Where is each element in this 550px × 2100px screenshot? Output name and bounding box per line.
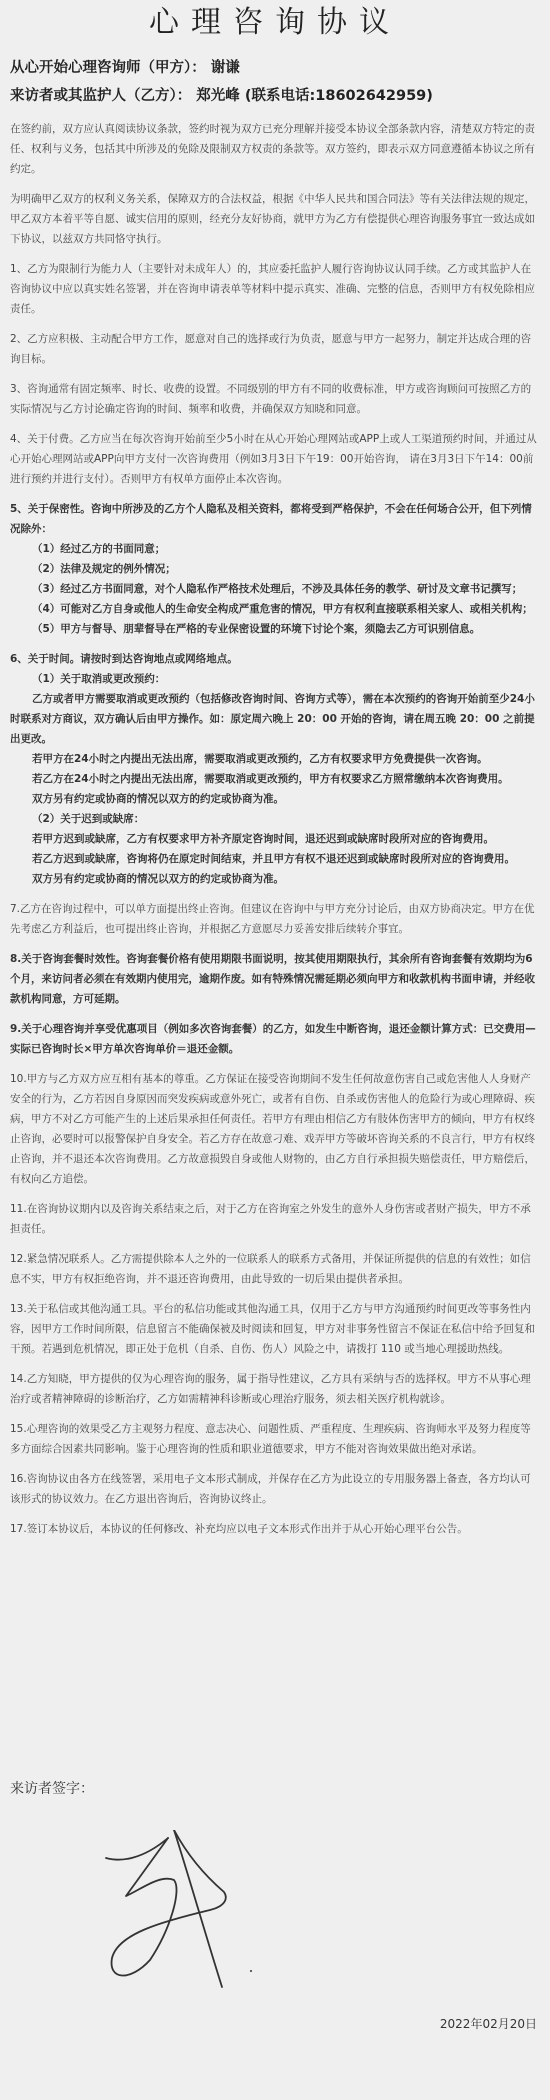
clause-11: 11.在咨询协议期内以及咨询关系结束之后，对于乙方在咨询室之外发生的意外人身伤害… bbox=[10, 1199, 540, 1239]
clause-6-sub2-title: （2）关于迟到或缺席： bbox=[10, 809, 540, 829]
clause-10: 10.甲方与乙方双方应互相有基本的尊重。乙方保证在接受咨询期间不发生任何故意伤害… bbox=[10, 1069, 540, 1189]
clause-1: 1、乙方为限制行为能力人（主要针对未成年人）的，其应委托监护人履行咨询协议认同手… bbox=[10, 259, 540, 319]
clause-17: 17.签订本协议后，本协议的任何修改、补充均应以电子文本形式作出并于从心开始心理… bbox=[10, 1519, 540, 1539]
clause-6: 6、关于时间。请按时到达咨询地点或网络地点。 （1）关于取消或更改预约： 乙方或… bbox=[10, 649, 540, 889]
clause-6-sub2-line: 若乙方迟到或缺席，咨询将仍在原定时间结束，并且甲方有权不退还迟到或缺席时段所对应… bbox=[10, 849, 540, 869]
intro-paragraph-2: 为明确甲乙双方的权利义务关系，保障双方的合法权益，根据《中华人民共和国合同法》等… bbox=[10, 189, 540, 249]
clause-5-item: （3）经过乙方书面同意，对个人隐私作严格技术处理后，不涉及具体任务的教学、研讨及… bbox=[10, 579, 540, 599]
clause-6-sub2-line: 若甲方迟到或缺席，乙方有权要求甲方补齐原定咨询时间，退还迟到或缺席时段所对应的咨… bbox=[10, 829, 540, 849]
clause-2: 2、乙方应积极、主动配合甲方工作，愿意对自己的选择或行为负责，愿意与甲方一起努力… bbox=[10, 329, 540, 369]
party-a-line: 从心开始心理咨询师（甲方）： 谢谦 bbox=[0, 58, 550, 78]
clause-5-item: （2）法律及规定的例外情况； bbox=[10, 559, 540, 579]
clause-6-heading: 6、关于时间。请按时到达咨询地点或网络地点。 bbox=[10, 649, 540, 669]
handwritten-signature bbox=[100, 1830, 270, 2000]
clause-9: 9.关于心理咨询并享受优惠项目（例如多次咨询套餐）的乙方，如发生中断咨询，退还金… bbox=[10, 1019, 540, 1059]
clause-14: 14.乙方知晓，甲方提供的仅为心理咨询的服务，属于指导性建议，乙方具有采纳与否的… bbox=[10, 1369, 540, 1409]
clause-4: 4、关于付费。乙方应当在每次咨询开始前至少5小时在从心开始心理网站或APP上或人… bbox=[10, 429, 540, 489]
clause-5-heading: 5、关于保密性。咨询中所涉及的乙方个人隐私及相关资料，都将受到严格保护，不会在任… bbox=[10, 499, 540, 539]
document-title: 心理咨询协议 bbox=[0, 0, 550, 48]
clause-6-sub1-title: （1）关于取消或更改预约： bbox=[10, 669, 540, 689]
party-b-line: 来访者或其监护人（乙方）： 郑光峰 (联系电话:18602642959) bbox=[0, 86, 550, 106]
signature-label: 来访者签字： bbox=[10, 1778, 94, 1798]
clause-6-sub1-line: 若乙方在24小时之内提出无法出席，需要取消或更改预约，甲方有权要求乙方照常缴纳本… bbox=[10, 769, 540, 789]
intro-paragraph-1: 在签约前，双方应认真阅读协议条款，签约时视为双方已充分理解并接受本协议全部条款内… bbox=[10, 119, 540, 179]
clause-6-sub1-line: 双方另有约定或协商的情况以双方的约定或协商为准。 bbox=[10, 789, 540, 809]
clause-6-sub1-line: 乙方或者甲方需要取消或更改预约（包括修改咨询时间、咨询方式等），需在本次预约的咨… bbox=[10, 689, 540, 749]
clause-16: 16.咨询协议由各方在线签署，采用电子文本形式制成，并保存在乙方为此设立的专用服… bbox=[10, 1469, 540, 1509]
clause-5-item: （5）甲方与督导、朋辈督导在严格的专业保密设置的环境下讨论个案，须隐去乙方可识别… bbox=[10, 619, 540, 639]
clause-13: 13.关于私信或其他沟通工具。平台的私信功能或其他沟通工具，仅用于乙方与甲方沟通… bbox=[10, 1299, 540, 1359]
clause-6-sub1-line: 若甲方在24小时之内提出无法出席，需要取消或更改预约，乙方有权要求甲方免费提供一… bbox=[10, 749, 540, 769]
clause-8: 8.关于咨询套餐时效性。咨询套餐价格有使用期限书面说明，按其使用期限执行，其余所… bbox=[10, 949, 540, 1009]
clause-5: 5、关于保密性。咨询中所涉及的乙方个人隐私及相关资料，都将受到严格保护，不会在任… bbox=[10, 499, 540, 639]
clause-6-sub2-line: 双方另有约定或协商的情况以双方的约定或协商为准。 bbox=[10, 869, 540, 889]
clause-12: 12.紧急情况联系人。乙方需提供除本人之外的一位联系人的联系方式备用，并保证所提… bbox=[10, 1249, 540, 1289]
clause-15: 15.心理咨询的效果受乙方主观努力程度、意志决心、问题性质、严重程度、生理疾病、… bbox=[10, 1419, 540, 1459]
clause-5-item: （4）可能对乙方自身或他人的生命安全构成严重危害的情况，甲方有权利直接联系相关家… bbox=[10, 599, 540, 619]
clause-3: 3、咨询通常有固定频率、时长、收费的设置。不同级别的甲方有不同的收费标准，甲方或… bbox=[10, 379, 540, 419]
clause-7: 7.乙方在咨询过程中，可以单方面提出终止咨询。但建议在咨询中与甲方充分讨论后，由… bbox=[10, 899, 540, 939]
signature-date: 2022年02月20日 bbox=[440, 2015, 537, 2032]
agreement-body: 在签约前，双方应认真阅读协议条款，签约时视为双方已充分理解并接受本协议全部条款内… bbox=[0, 119, 550, 1539]
clause-5-item: （1）经过乙方的书面同意； bbox=[10, 539, 540, 559]
